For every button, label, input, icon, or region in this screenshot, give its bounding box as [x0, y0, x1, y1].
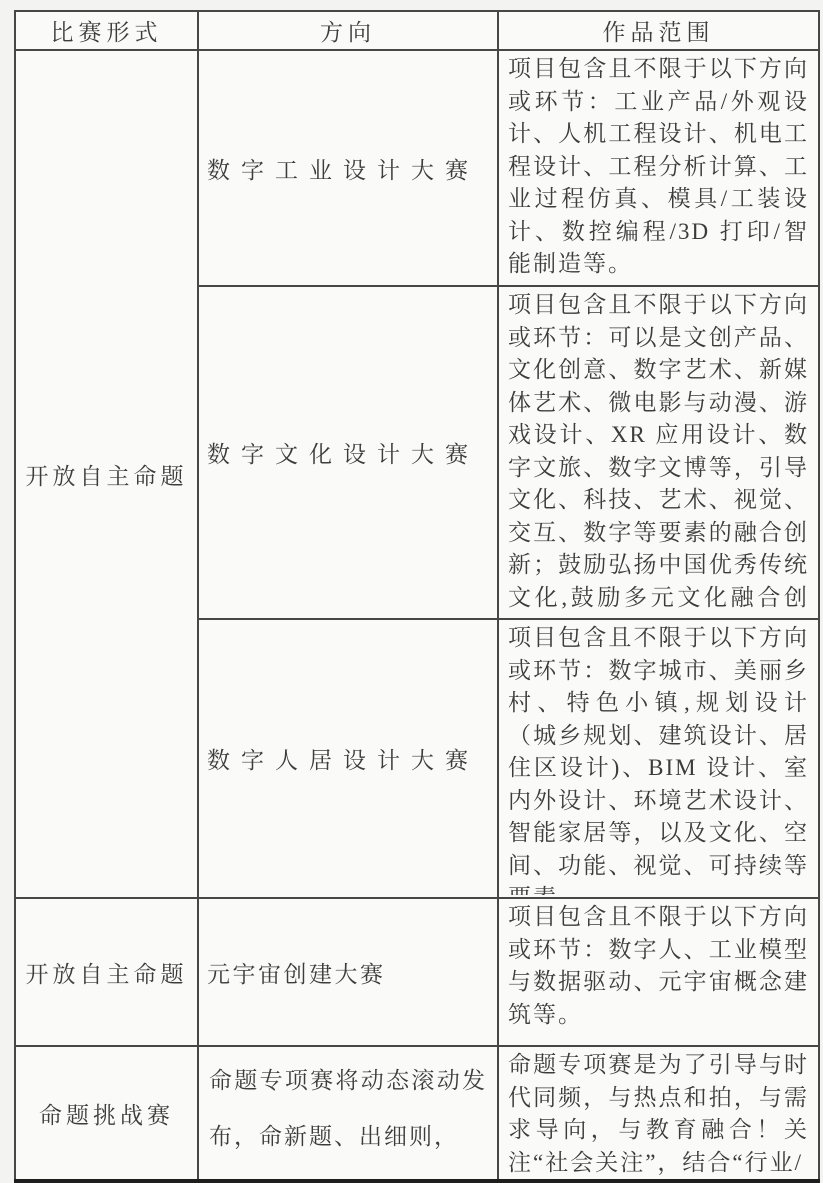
scope-text: 项目包含且不限于以下方向或环节：工业产品/外观设计、人机工程设计、机电工程设计、… [508, 53, 809, 283]
scope-text: 项目包含且不限于以下方向或环节：可以是文创产品、文化创意、数字艺术、新媒体艺术、… [508, 289, 809, 616]
header-competition-form: 比赛形式 [15, 11, 198, 50]
scope-text: 项目包含且不限于以下方向或环节：数字人、工业模型与数据驱动、元宇宙概念建筑等。 [508, 901, 809, 1043]
scope-text: 项目包含且不限于以下方向或环节：数字城市、美丽乡村、特色小镇,规划设计（城乡规划… [508, 622, 809, 895]
cell-scope-digital-culture: 项目包含且不限于以下方向或环节：可以是文创产品、文化创意、数字艺术、新媒体艺术、… [498, 286, 819, 619]
cell-form-open-topic-merged: 开放自主命题 [15, 50, 198, 898]
scope-text: 命题专项赛是为了引导与时代同频，与热点和拍，与需求导向，与教育融合！关注“社会关… [508, 1049, 809, 1179]
cell-form-open-topic: 开放自主命题 [15, 898, 198, 1046]
cell-direction-digital-industry: 数字工业设计大赛 [198, 50, 498, 286]
cell-direction-digital-culture: 数字文化设计大赛 [198, 286, 498, 619]
header-direction: 方向 [198, 11, 498, 50]
direction-text: 命题专项赛将动态滚动发布，命新题、出细则， [209, 1053, 487, 1179]
competition-format-table: 比赛形式 方向 作品范围 开放自主命题 数字工业设计大赛 项目包含且不限于以下方… [14, 10, 820, 1183]
header-row: 比赛形式 方向 作品范围 [15, 11, 819, 50]
header-scope: 作品范围 [498, 11, 819, 50]
cell-form-challenge: 命题挑战赛 [15, 1046, 198, 1182]
cell-scope-metaverse: 项目包含且不限于以下方向或环节：数字人、工业模型与数据驱动、元宇宙概念建筑等。 [498, 898, 819, 1046]
scanned-document-page: 比赛形式 方向 作品范围 开放自主命题 数字工业设计大赛 项目包含且不限于以下方… [0, 0, 823, 1183]
table-row: 开放自主命题 数字工业设计大赛 项目包含且不限于以下方向或环节：工业产品/外观设… [15, 50, 819, 286]
cell-scope-challenge: 命题专项赛是为了引导与时代同频，与热点和拍，与需求导向，与教育融合！关注“社会关… [498, 1046, 819, 1182]
table-row: 命题挑战赛 命题专项赛将动态滚动发布，命新题、出细则， 命题专项赛是为了引导与时… [15, 1046, 819, 1182]
cell-scope-digital-habitat: 项目包含且不限于以下方向或环节：数字城市、美丽乡村、特色小镇,规划设计（城乡规划… [498, 619, 819, 898]
table-row: 开放自主命题 元宇宙创建大赛 项目包含且不限于以下方向或环节：数字人、工业模型与… [15, 898, 819, 1046]
cell-direction-digital-habitat: 数字人居设计大赛 [198, 619, 498, 898]
cell-direction-challenge: 命题专项赛将动态滚动发布，命新题、出细则， [198, 1046, 498, 1182]
cell-scope-digital-industry: 项目包含且不限于以下方向或环节：工业产品/外观设计、人机工程设计、机电工程设计、… [498, 50, 819, 286]
cell-direction-metaverse: 元宇宙创建大赛 [198, 898, 498, 1046]
